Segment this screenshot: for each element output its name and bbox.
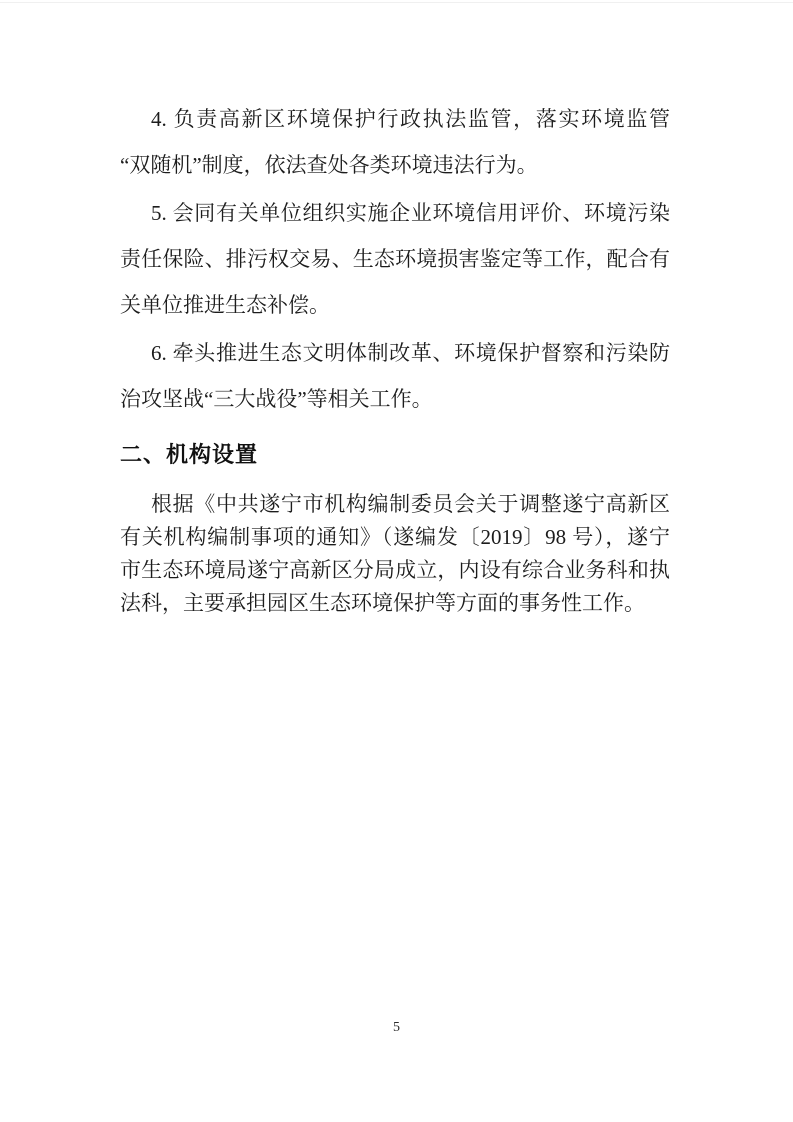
page-number: 5 (393, 1020, 400, 1035)
section-duties: 4. 负责高新区环境保护行政执法监管，落实环境监管 “双随机”制度，依法查处各类… (120, 96, 670, 422)
text-line: 责任保险、排污权交易、生态环境损害鉴定等工作，配合有 (120, 236, 670, 282)
text-line: 治攻坚战“三大战役”等相关工作。 (120, 376, 670, 422)
text-line: 4. 负责高新区环境保护行政执法监管，落实环境监管 (120, 96, 670, 142)
text-line: 法科，主要承担园区生态环境保护等方面的事务性工作。 (120, 587, 670, 620)
text-line: 关单位推进生态补偿。 (120, 282, 670, 328)
text-line: 有关机构编制事项的通知》（遂编发〔2019〕98 号），遂宁 (120, 521, 670, 554)
page-edge-line (0, 2, 793, 3)
section-organization-setup: 根据《中共遂宁市机构编制委员会关于调整遂宁高新区 有关机构编制事项的通知》（遂编… (120, 488, 670, 620)
paragraph-item-4: 4. 负责高新区环境保护行政执法监管，落实环境监管 “双随机”制度，依法查处各类… (120, 96, 670, 188)
document-content: 4. 负责高新区环境保护行政执法监管，落实环境监管 “双随机”制度，依法查处各类… (120, 96, 670, 622)
document-page: 4. 负责高新区环境保护行政执法监管，落实环境监管 “双随机”制度，依法查处各类… (0, 0, 793, 1122)
page-footer: 5 (0, 1018, 793, 1038)
text-line: 5. 会同有关单位组织实施企业环境信用评价、环境污染 (120, 190, 670, 236)
section-heading-organization-setup: 二、机构设置 (120, 432, 670, 478)
paragraph-item-5: 5. 会同有关单位组织实施企业环境信用评价、环境污染 责任保险、排污权交易、生态… (120, 190, 670, 328)
text-line: 根据《中共遂宁市机构编制委员会关于调整遂宁高新区 (120, 488, 670, 521)
text-line: 6. 牵头推进生态文明体制改革、环境保护督察和污染防 (120, 330, 670, 376)
text-line: 市生态环境局遂宁高新区分局成立，内设有综合业务科和执 (120, 554, 670, 587)
paragraph-setup: 根据《中共遂宁市机构编制委员会关于调整遂宁高新区 有关机构编制事项的通知》（遂编… (120, 488, 670, 620)
text-line: “双随机”制度，依法查处各类环境违法行为。 (120, 142, 670, 188)
paragraph-item-6: 6. 牵头推进生态文明体制改革、环境保护督察和污染防 治攻坚战“三大战役”等相关… (120, 330, 670, 422)
